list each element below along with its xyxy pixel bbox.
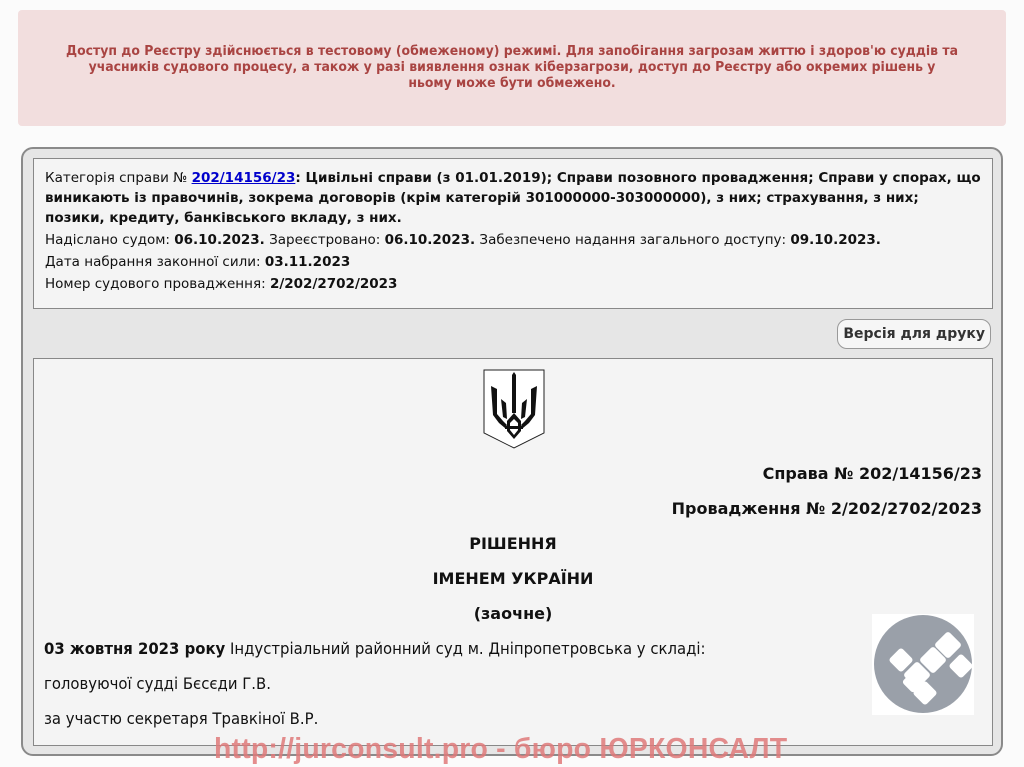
decision-container: Категорія справи № 202/14156/23: Цивільн…: [21, 147, 1003, 756]
ukraine-coat-of-arms-icon: [483, 369, 545, 449]
case-info-panel: Категорія справи № 202/14156/23: Цивільн…: [33, 158, 993, 309]
case-number-heading: Справа № 202/14156/23: [763, 464, 982, 483]
presiding-judge: головуючої судді Бєсєди Г.В.: [44, 674, 271, 693]
puzzle-logo-icon: [872, 614, 974, 715]
print-version-button[interactable]: Версія для друку: [837, 319, 991, 349]
case-category: Категорія справи № 202/14156/23: Цивільн…: [45, 168, 981, 228]
decision-title: РІШЕННЯ: [34, 534, 992, 553]
public-access-date: 09.10.2023.: [790, 232, 881, 248]
decision-subtitle: ІМЕНЕМ УКРАЇНИ: [34, 569, 992, 588]
proceeding-number-heading: Провадження № 2/202/2702/2023: [672, 499, 982, 518]
decision-type: (заочне): [34, 604, 992, 623]
case-dates: Надіслано судом: 06.10.2023. Зареєстрова…: [45, 230, 981, 250]
jurconsult-logo: [872, 614, 974, 715]
effective-date-row: Дата набрання законної сили: 03.11.2023: [45, 252, 981, 272]
case-number-link[interactable]: 202/14156/23: [192, 170, 296, 186]
decision-date: 03 жовтня 2023 року: [44, 639, 225, 658]
registry-access-alert: Доступ до Реєстру здійснюється в тестово…: [18, 10, 1006, 126]
court-secretary: за участю секретаря Травкіної В.Р.: [44, 709, 318, 728]
court-composition: 03 жовтня 2023 року Індустріальний район…: [44, 639, 706, 658]
proceeding-number-row: Номер судового провадження: 2/202/2702/2…: [45, 274, 981, 294]
watermark-text: http://jurconsult.pro - бюро ЮРКОНСАЛТ: [214, 733, 787, 766]
sent-date: 06.10.2023.: [174, 232, 265, 248]
effective-date: 03.11.2023: [265, 254, 350, 270]
registered-date: 06.10.2023.: [385, 232, 476, 248]
decision-document: Справа № 202/14156/23 Провадження № 2/20…: [33, 358, 993, 746]
proceeding-number: 2/202/2702/2023: [270, 276, 398, 292]
alert-text: Доступ до Реєстру здійснюється в тестово…: [66, 44, 959, 92]
